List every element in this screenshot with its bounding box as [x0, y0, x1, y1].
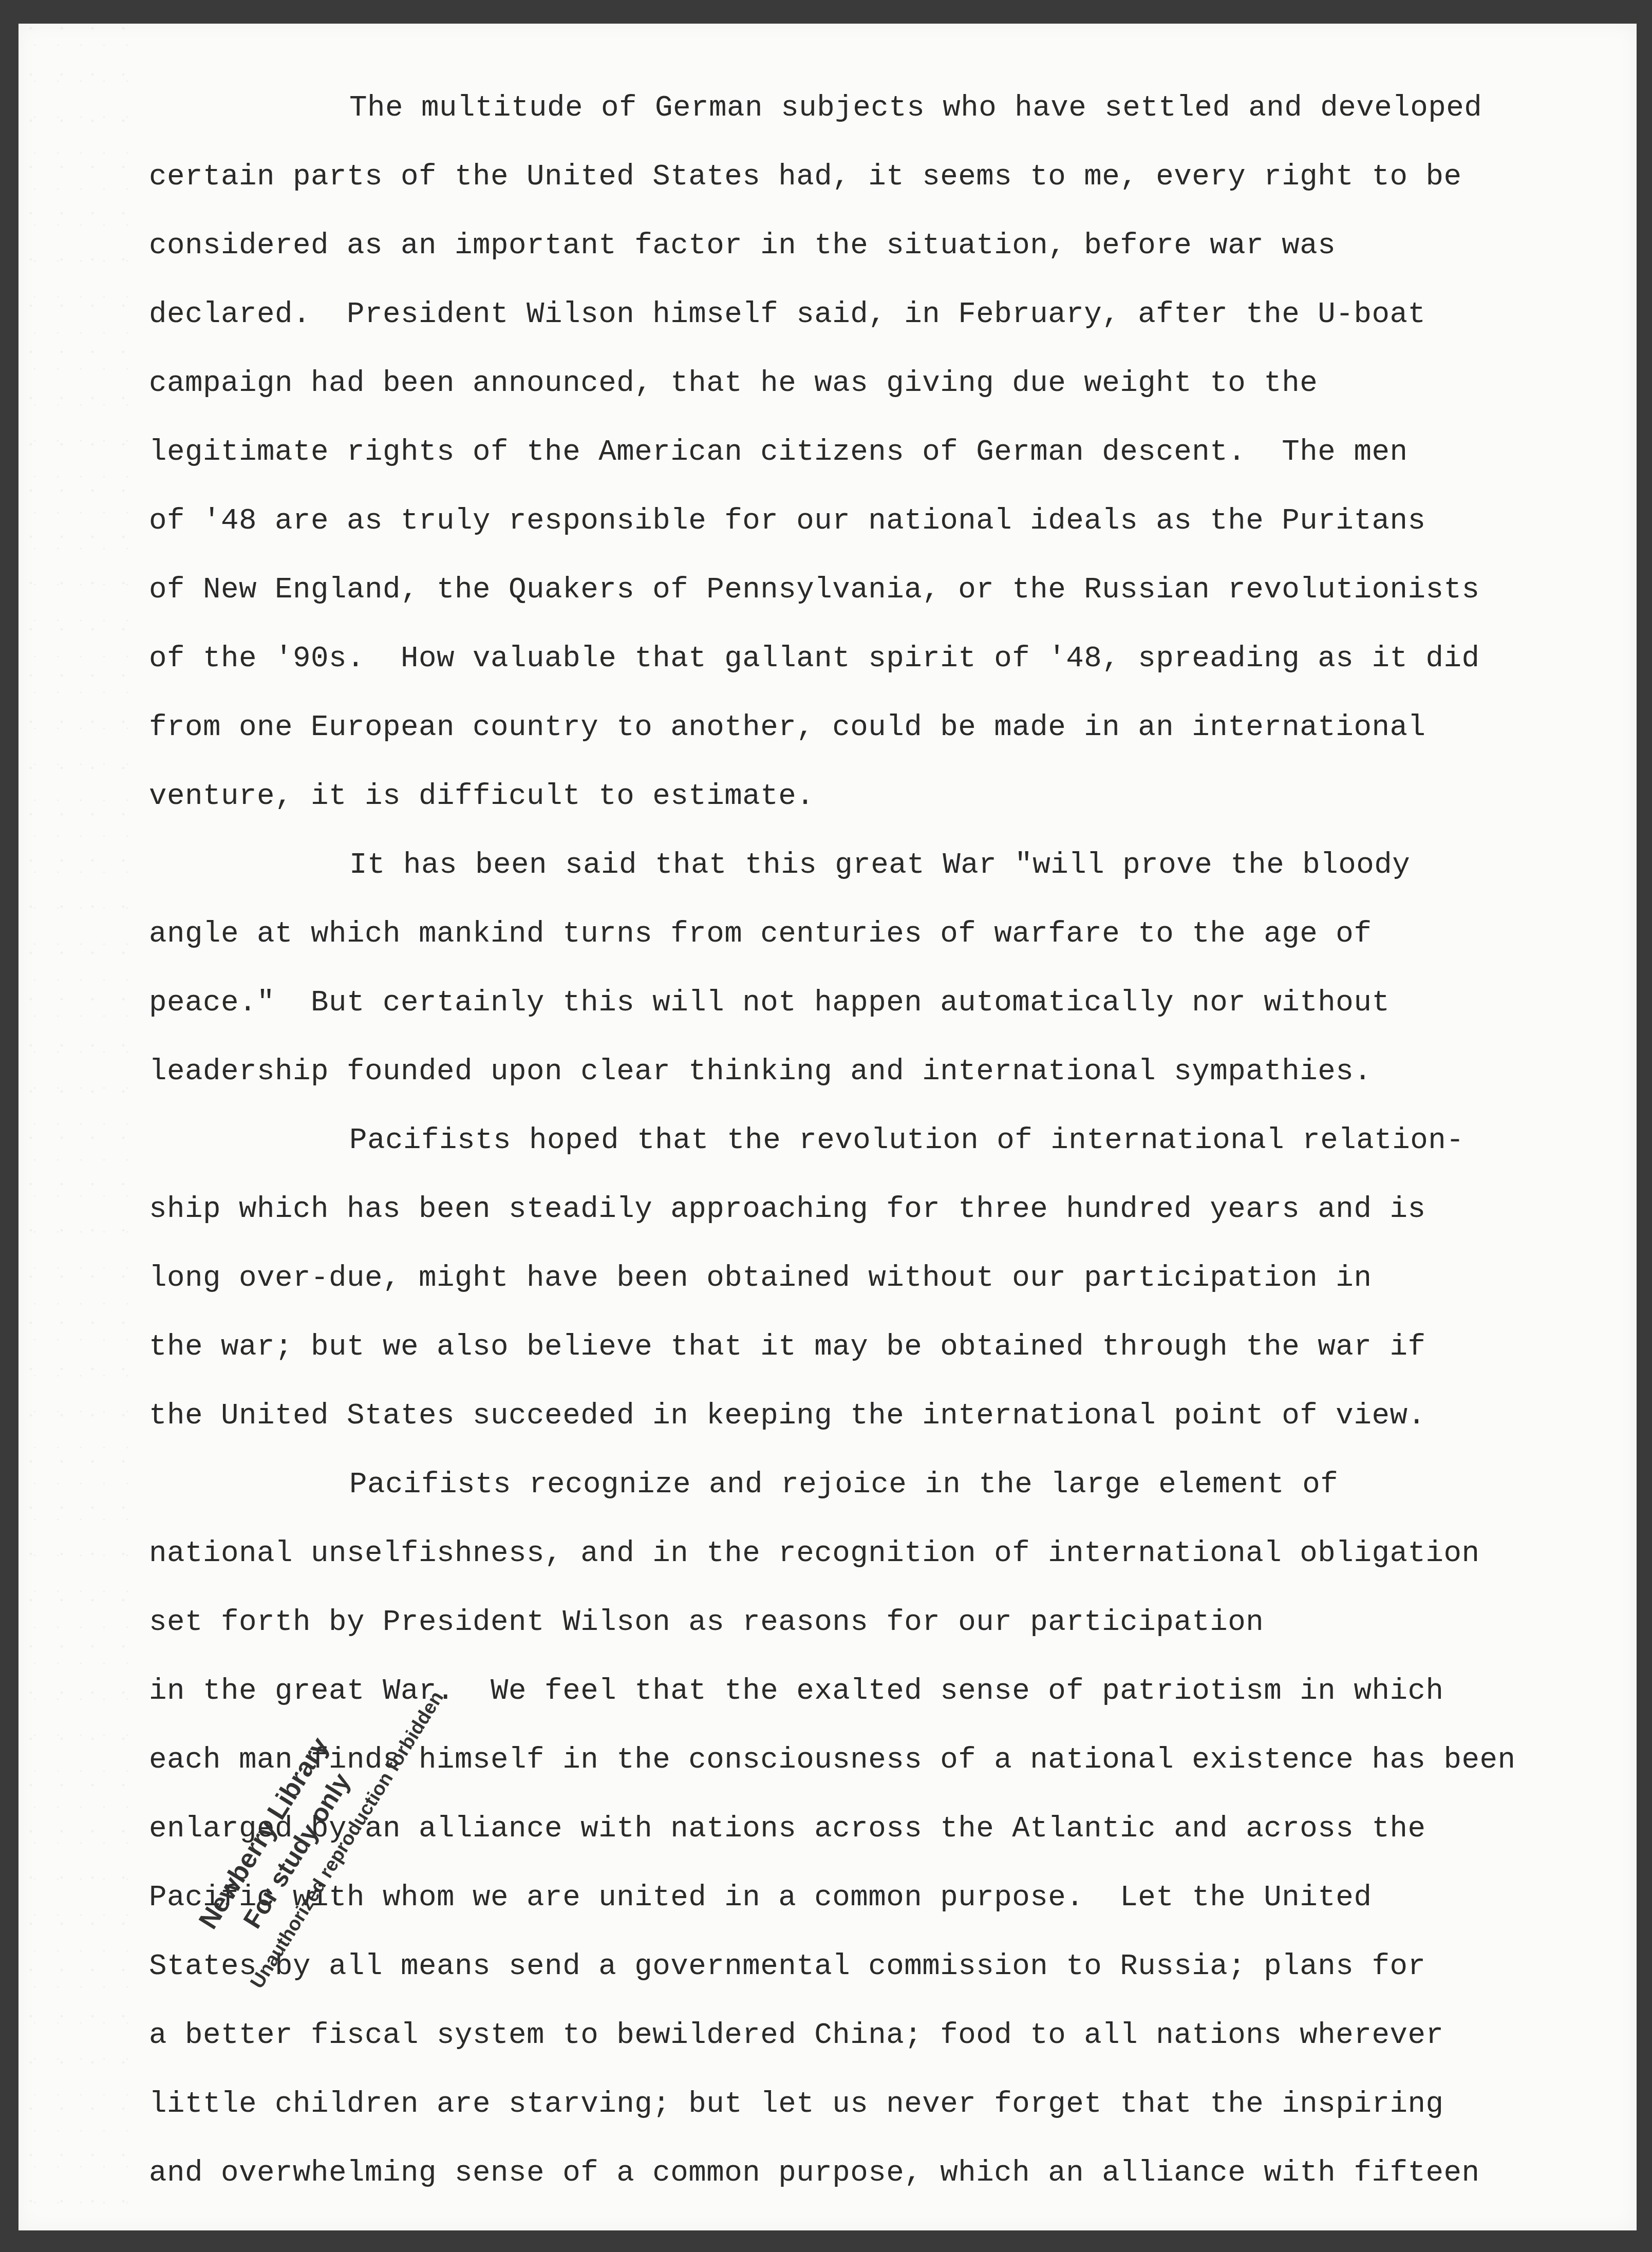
text-line: long over-due, might have been obtained … — [149, 1261, 1372, 1297]
text-line: the war; but we also believe that it may… — [149, 1329, 1425, 1365]
text-line: in the great War. We feel that the exalt… — [149, 1674, 1443, 1710]
text-line: set forth by President Wilson as reasons… — [149, 1605, 1264, 1641]
text-line: Pacifists recognize and rejoice in the l… — [349, 1467, 1338, 1503]
text-line: the United States succeeded in keeping t… — [149, 1398, 1425, 1434]
text-line: a better fiscal system to bewildered Chi… — [149, 2018, 1443, 2054]
text-line: little children are starving; but let us… — [149, 2087, 1443, 2123]
text-line: venture, it is difficult to estimate. — [149, 779, 814, 815]
text-line: Pacific with whom we are united in a com… — [149, 1880, 1372, 1916]
text-line: legitimate rights of the American citize… — [149, 435, 1407, 471]
text-line: ship which has been steadily approaching… — [149, 1192, 1425, 1228]
text-line: each man finds himself in the consciousn… — [149, 1742, 1515, 1778]
text-line: peace." But certainly this will not happ… — [149, 985, 1390, 1021]
text-line: and overwhelming sense of a common purpo… — [149, 2155, 1479, 2191]
text-line: national unselfishness, and in the recog… — [149, 1536, 1479, 1572]
text-line: of the '90s. How valuable that gallant s… — [149, 641, 1479, 677]
text-line: campaign had been announced, that he was… — [149, 366, 1318, 402]
text-line: It has been said that this great War "wi… — [349, 848, 1410, 884]
document-page: The multitude of German subjects who hav… — [18, 24, 1637, 2230]
text-line: certain parts of the United States had, … — [149, 159, 1461, 195]
text-line: angle at which mankind turns from centur… — [149, 916, 1372, 952]
text-line: enlarged by an alliance with nations acr… — [149, 1811, 1425, 1847]
scan-frame: The multitude of German subjects who hav… — [0, 0, 1652, 2252]
paper-edge-speckle — [18, 24, 132, 2230]
text-line: of New England, the Quakers of Pennsylva… — [149, 572, 1479, 608]
text-line: of '48 are as truly responsible for our … — [149, 503, 1425, 539]
text-line: States by all means send a governmental … — [149, 1949, 1425, 1985]
text-line: from one European country to another, co… — [149, 710, 1425, 746]
text-line: declared. President Wilson himself said,… — [149, 297, 1425, 333]
text-line: considered as an important factor in the… — [149, 228, 1336, 264]
text-line: Pacifists hoped that the revolution of i… — [349, 1123, 1464, 1159]
text-line: The multitude of German subjects who hav… — [349, 90, 1482, 126]
text-line: leadership founded upon clear thinking a… — [149, 1054, 1372, 1090]
